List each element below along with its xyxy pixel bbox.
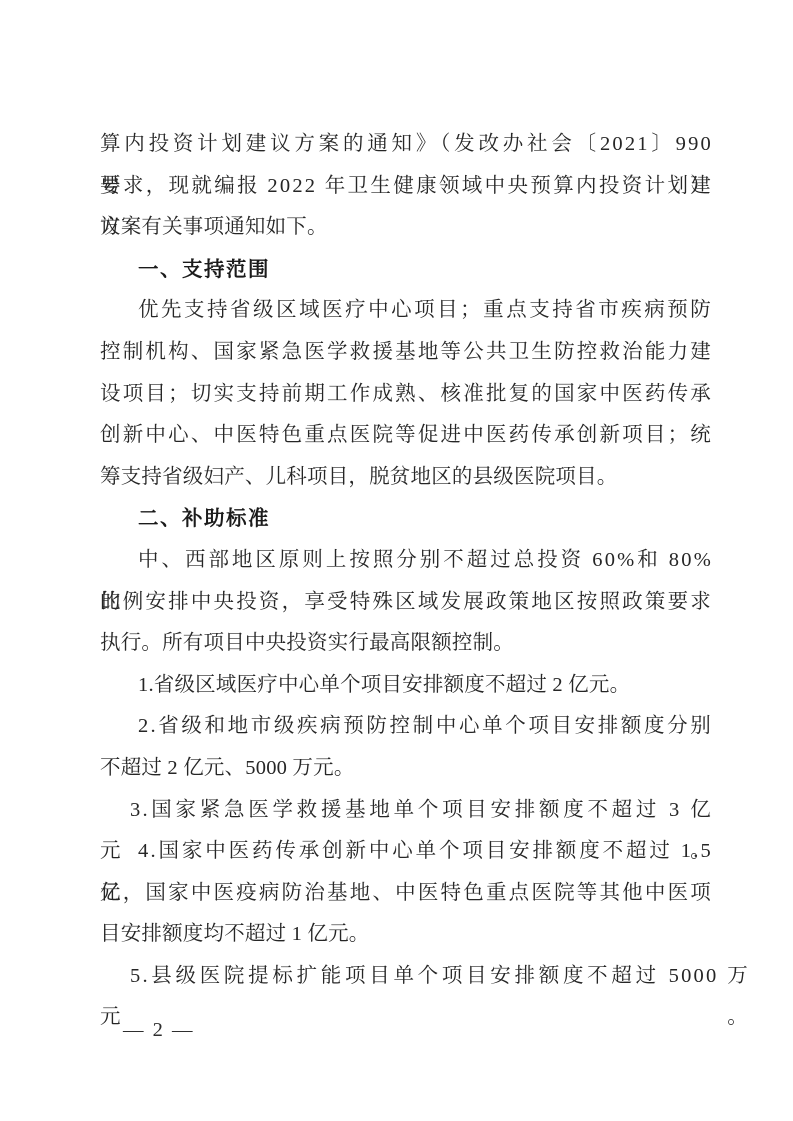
section-2-paragraph: 中、西部地区原则上按照分别不超过总投资 60%和 80%的比例安排中央投资，享受… <box>100 540 713 665</box>
page-number: — 2 — <box>123 1010 195 1052</box>
document-page: 算内投资计划建议方案的通知》（发改办社会〔2021〕990 号）要求，现就编报 … <box>0 0 793 1121</box>
text-line: 不超过 2 亿元、5000 万元。 <box>100 748 713 790</box>
section-2-heading: 二、补助标准 <box>100 498 713 540</box>
list-item-4: 4.国家中医药传承创新中心单个项目安排额度不超过 1.5 亿元，国家中医疫病防治… <box>100 831 713 956</box>
text-line: 创新中心、中医特色重点医院等促进中医药传承创新项目；统 <box>100 415 713 457</box>
text-line: 执行。所有项目中央投资实行最高限额控制。 <box>100 623 713 665</box>
text-line: 设项目；切实支持前期工作成熟、核准批复的国家中医药传承 <box>100 374 713 416</box>
text-line: 目安排额度均不超过 1 亿元。 <box>100 914 713 956</box>
text-line: 1.省级区域医疗中心单个项目安排额度不超过 2 亿元。 <box>100 665 713 707</box>
text-line: 控制机构、国家紧急医学救援基地等公共卫生防控救治能力建 <box>100 332 713 374</box>
intro-paragraph: 算内投资计划建议方案的通知》（发改办社会〔2021〕990 号）要求，现就编报 … <box>100 124 713 249</box>
text-line: 筹支持省级妇产、儿科项目，脱贫地区的县级医院项目。 <box>100 457 713 499</box>
list-item-3: 3.国家紧急医学救援基地单个项目安排额度不超过 3 亿元。 <box>100 790 713 832</box>
text-line: 一、支持范围 <box>100 249 713 291</box>
text-line: 比例安排中央投资，享受特殊区域发展政策地区按照政策要求 <box>100 582 713 624</box>
text-line: 中、西部地区原则上按照分别不超过总投资 60%和 80%的 <box>100 540 713 582</box>
text-line: 元，国家中医疫病防治基地、中医特色重点医院等其他中医项 <box>100 873 713 915</box>
text-line: 4.国家中医药传承创新中心单个项目安排额度不超过 1.5 亿 <box>100 831 713 873</box>
text-line: 2.省级和地市级疾病预防控制中心单个项目安排额度分别 <box>100 706 713 748</box>
text-line: 二、补助标准 <box>100 498 713 540</box>
text-line: 要求，现就编报 2022 年卫生健康领域中央预算内投资计划建议 <box>100 166 713 208</box>
list-item-5: 5.县级医院提标扩能项目单个项目安排额度不超过 5000 万元。 <box>100 956 713 998</box>
document-body: 算内投资计划建议方案的通知》（发改办社会〔2021〕990 号）要求，现就编报 … <box>100 124 713 997</box>
section-1-heading: 一、支持范围 <box>100 249 713 291</box>
list-item-2: 2.省级和地市级疾病预防控制中心单个项目安排额度分别不超过 2 亿元、5000 … <box>100 706 713 789</box>
text-line: 优先支持省级区域医疗中心项目；重点支持省市疾病预防 <box>100 290 713 332</box>
text-line: 3.国家紧急医学救援基地单个项目安排额度不超过 3 亿元。 <box>100 790 713 832</box>
text-line: 方案有关事项通知如下。 <box>100 207 713 249</box>
text-line: 5.县级医院提标扩能项目单个项目安排额度不超过 5000 万元。 <box>100 956 750 998</box>
section-1-paragraph: 优先支持省级区域医疗中心项目；重点支持省市疾病预防控制机构、国家紧急医学救援基地… <box>100 290 713 498</box>
text-line: 算内投资计划建议方案的通知》（发改办社会〔2021〕990 号） <box>100 124 713 166</box>
list-item-1: 1.省级区域医疗中心单个项目安排额度不超过 2 亿元。 <box>100 665 713 707</box>
